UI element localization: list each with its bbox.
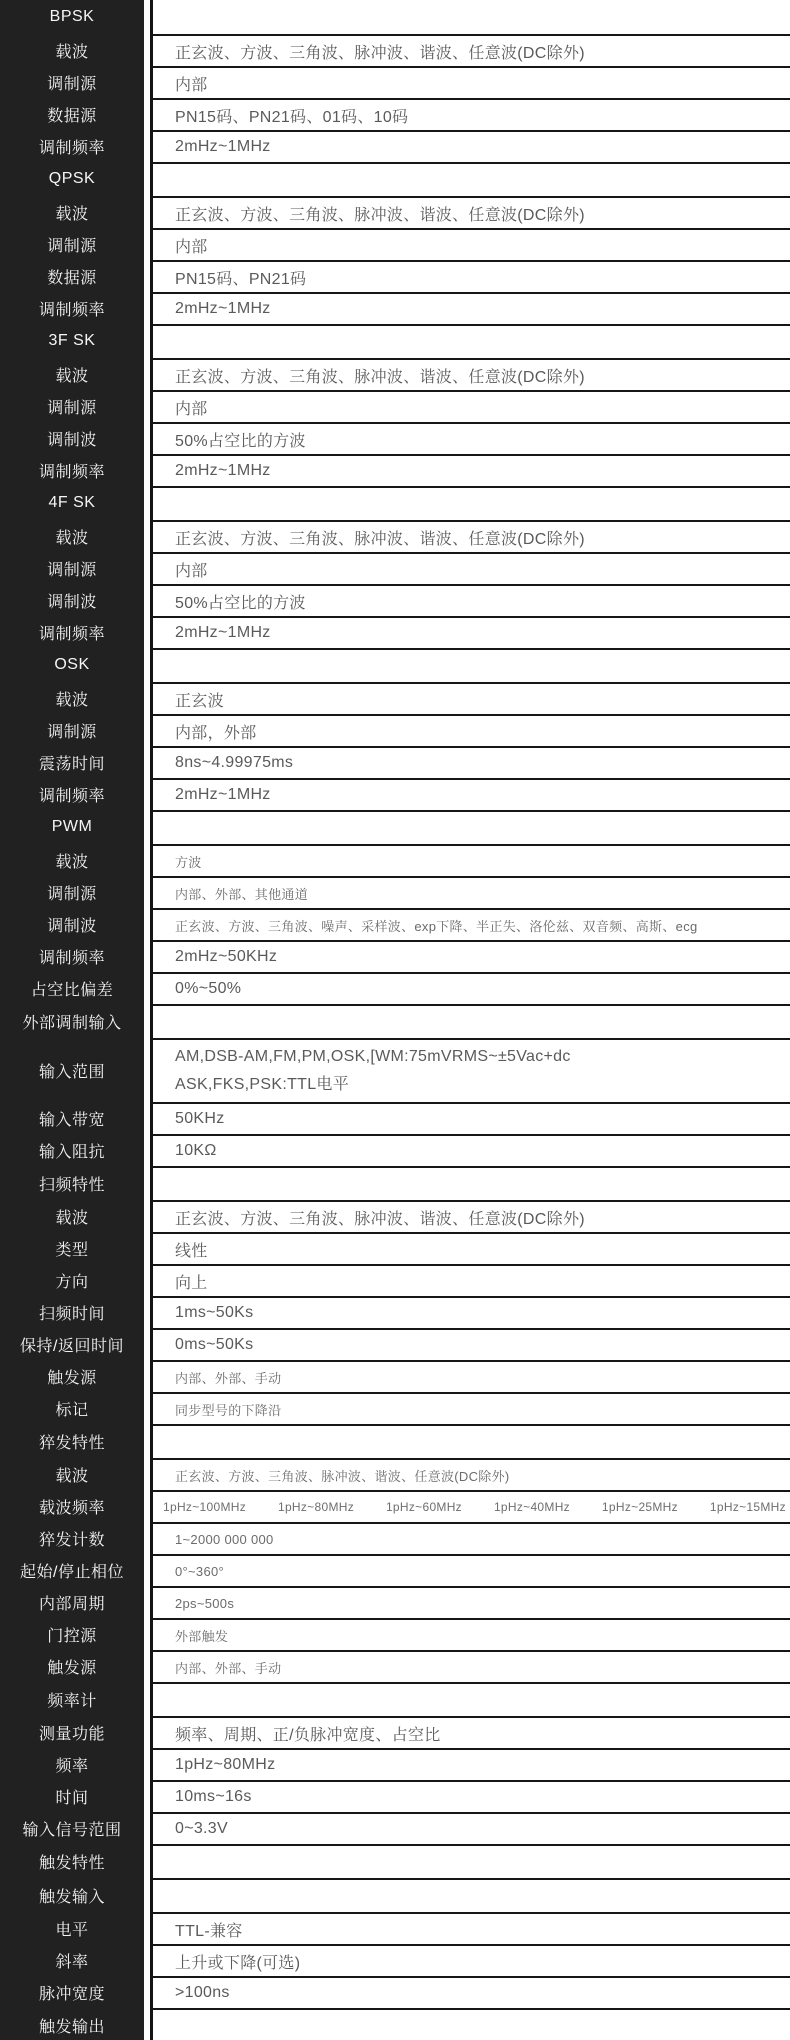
spec-value-row: 门控源 外部触发	[0, 1618, 790, 1650]
spec-value: 2mHz~1MHz	[175, 786, 271, 804]
spec-label-cell: 门控源	[0, 1618, 144, 1650]
spec-value-row: 载波 方波	[0, 844, 790, 876]
spec-label: 触发源	[47, 1655, 97, 1678]
spec-value-row: 载波 正玄波、方波、三角波、脉冲波、谐波、任意波(DC除外)	[0, 358, 790, 390]
spec-label: 猝发计数	[39, 1527, 105, 1550]
spec-multicolumn-value-cell: 1pHz~100MHz1pHz~80MHz1pHz~60MHz1pHz~40MH…	[150, 1490, 790, 1522]
spec-value-cell: 正玄波、方波、三角波、脉冲波、谐波、任意波(DC除外)	[150, 196, 790, 228]
spec-label: 调制源	[47, 719, 97, 742]
spec-label-cell: 载波	[0, 1458, 144, 1490]
spec-label: 载波	[55, 201, 88, 224]
spec-value-row: 调制频率 2mHz~1MHz	[0, 130, 790, 162]
spec-label-cell: 载波频率	[0, 1490, 144, 1522]
spec-label: 载波	[55, 39, 88, 62]
spec-value: 内部	[175, 72, 208, 95]
spec-section-row: OSK	[0, 648, 790, 682]
spec-value: 外部触发	[175, 1626, 228, 1645]
spec-value: 2mHz~1MHz	[175, 300, 271, 318]
spec-value-row: 频率 1pHz~80MHz	[0, 1748, 790, 1780]
spec-value-cell: 2mHz~1MHz	[150, 454, 790, 486]
spec-section-title: 4F SK	[49, 494, 96, 512]
spec-section-content-empty	[150, 1166, 790, 1200]
spec-label-cell: 触发源	[0, 1650, 144, 1682]
spec-value-cell: 外部触发	[150, 1618, 790, 1650]
spec-label-cell: 类型	[0, 1232, 144, 1264]
spec-value-row: 载波 正玄波、方波、三角波、脉冲波、谐波、任意波(DC除外)	[0, 1458, 790, 1490]
spec-label-cell: 调制频率	[0, 292, 144, 324]
spec-label: 数据源	[47, 103, 97, 126]
spec-value-cell: 2mHz~1MHz	[150, 616, 790, 648]
spec-label-cell: 标记	[0, 1392, 144, 1424]
spec-label-cell: 输入信号范围	[0, 1812, 144, 1844]
spec-value-row: 载波 正玄波、方波、三角波、脉冲波、谐波、任意波(DC除外)	[0, 1200, 790, 1232]
spec-value-row: 调制源 内部	[0, 66, 790, 98]
spec-label: 脉冲宽度	[39, 1981, 105, 2004]
spec-value-cell: 正玄波、方波、三角波、脉冲波、谐波、任意波(DC除外)	[150, 34, 790, 66]
spec-label-cell: 载波	[0, 34, 144, 66]
spec-value-cell: 1~2000 000 000	[150, 1522, 790, 1554]
spec-value-row: 内部周期 2ps~500s	[0, 1586, 790, 1618]
spec-label: 载波频率	[39, 1495, 105, 1518]
spec-value-cell: 内部、外部、其他通道	[150, 876, 790, 908]
spec-value-row: 起始/停止相位 0°~360°	[0, 1554, 790, 1586]
spec-label-cell: 数据源	[0, 260, 144, 292]
spec-value-cell: 正玄波、方波、三角波、脉冲波、谐波、任意波(DC除外)	[150, 1458, 790, 1490]
spec-value: 正玄波	[175, 688, 224, 711]
spec-value: 50%占空比的方波	[175, 590, 306, 613]
spec-label: 起始/停止相位	[20, 1559, 124, 1582]
spec-label-cell: 调制源	[0, 876, 144, 908]
spec-label: 门控源	[47, 1623, 97, 1646]
spec-value: 2mHz~1MHz	[175, 462, 271, 480]
spec-value: 2mHz~1MHz	[175, 624, 271, 642]
spec-section-label-cell: QPSK	[0, 162, 144, 196]
spec-value: 向上	[175, 1270, 208, 1293]
spec-value-row: 保持/返回时间 0ms~50Ks	[0, 1328, 790, 1360]
spec-value-cell: 内部	[150, 66, 790, 98]
spec-value-row: 调制频率 2mHz~1MHz	[0, 616, 790, 648]
spec-label: 扫频时间	[39, 1301, 105, 1324]
spec-value: 10ms~16s	[175, 1788, 252, 1806]
spec-section-row: 频率计	[0, 1682, 790, 1716]
spec-value-cell: TTL-兼容	[150, 1912, 790, 1944]
spec-value-row: 载波 正玄波、方波、三角波、脉冲波、谐波、任意波(DC除外)	[0, 196, 790, 228]
spec-value-row: 调制源 内部，外部	[0, 714, 790, 746]
spec-label-cell: 调制源	[0, 390, 144, 422]
spec-value: 正玄波、方波、三角波、噪声、采样波、exp下降、半正失、洛伦兹、双音频、高斯、e…	[175, 916, 698, 935]
spec-label-cell: 载波	[0, 196, 144, 228]
spec-value: 内部、外部、手动	[175, 1368, 281, 1387]
spec-label: 触发源	[47, 1365, 97, 1388]
spec-label-cell: 震荡时间	[0, 746, 144, 778]
spec-value-cell: 正玄波、方波、三角波、噪声、采样波、exp下降、半正失、洛伦兹、双音频、高斯、e…	[150, 908, 790, 940]
spec-value-cell: 频率、周期、正/负脉冲宽度、占空比	[150, 1716, 790, 1748]
spec-value-cell: 向上	[150, 1264, 790, 1296]
spec-value: PN15码、PN21码、01码、10码	[175, 104, 408, 127]
spec-value-cell: 10ms~16s	[150, 1780, 790, 1812]
spec-value: 1pHz~100MHz	[163, 1500, 246, 1514]
spec-label: 调制源	[47, 557, 97, 580]
spec-value-row: 输入带宽 50KHz	[0, 1102, 790, 1134]
spec-value-row: 载波 正玄波、方波、三角波、脉冲波、谐波、任意波(DC除外)	[0, 34, 790, 66]
spec-value-row: 调制波 正玄波、方波、三角波、噪声、采样波、exp下降、半正失、洛伦兹、双音频、…	[0, 908, 790, 940]
spec-value: 50%占空比的方波	[175, 428, 306, 451]
spec-value-cell: 8ns~4.99975ms	[150, 746, 790, 778]
spec-value-row: 扫频时间 1ms~50Ks	[0, 1296, 790, 1328]
spec-value-cell: 1pHz~80MHz	[150, 1748, 790, 1780]
spec-value-cell: 正玄波、方波、三角波、脉冲波、谐波、任意波(DC除外)	[150, 358, 790, 390]
spec-value-cell: 0~3.3V	[150, 1812, 790, 1844]
spec-value-row: 脉冲宽度 >100ns	[0, 1976, 790, 2008]
spec-label-cell: 载波	[0, 358, 144, 390]
spec-label: 调制频率	[39, 135, 105, 158]
spec-value: 内部	[175, 558, 208, 581]
spec-value-row: 斜率 上升或下降(可选)	[0, 1944, 790, 1976]
spec-value-cell: 正玄波、方波、三角波、脉冲波、谐波、任意波(DC除外)	[150, 520, 790, 552]
spec-value-cell: 内部，外部	[150, 714, 790, 746]
spec-label: 调制波	[47, 913, 97, 936]
spec-value: 内部、外部、其他通道	[175, 884, 308, 903]
spec-value-cell: 0ms~50Ks	[150, 1328, 790, 1360]
spec-section-title: 3F SK	[49, 332, 96, 350]
spec-value-row: 输入阻抗 10KΩ	[0, 1134, 790, 1166]
spec-section-content-empty	[150, 810, 790, 844]
spec-label-cell: 调制波	[0, 908, 144, 940]
spec-section-content-empty	[150, 0, 790, 34]
spec-value: 内部	[175, 396, 208, 419]
spec-value: 内部、外部、手动	[175, 1658, 281, 1677]
spec-label-cell: 载波	[0, 682, 144, 714]
spec-table: BPSK 载波 正玄波、方波、三角波、脉冲波、谐波、任意波(DC除外) 调制源 …	[0, 0, 790, 2040]
spec-label-cell: 斜率	[0, 1944, 144, 1976]
spec-value-cell: PN15码、PN21码、01码、10码	[150, 98, 790, 130]
spec-label: 调制频率	[39, 783, 105, 806]
spec-value-row: 猝发计数 1~2000 000 000	[0, 1522, 790, 1554]
spec-value-row: 测量功能 频率、周期、正/负脉冲宽度、占空比	[0, 1716, 790, 1748]
spec-value-row: 数据源 PN15码、PN21码、01码、10码	[0, 98, 790, 130]
spec-value-cell: 内部	[150, 228, 790, 260]
spec-value-row: 调制源 内部	[0, 228, 790, 260]
spec-value: 正玄波、方波、三角波、脉冲波、谐波、任意波(DC除外)	[175, 40, 585, 63]
spec-section-row: BPSK	[0, 0, 790, 34]
spec-value-row: 调制频率 2mHz~1MHz	[0, 778, 790, 810]
spec-value: 1pHz~15MHz	[710, 1500, 786, 1514]
spec-label-cell: 调制频率	[0, 130, 144, 162]
spec-value: 1ms~50Ks	[175, 1304, 253, 1322]
spec-label: 载波	[55, 1463, 88, 1486]
spec-value: 1pHz~40MHz	[494, 1500, 570, 1514]
spec-value: 1pHz~80MHz	[175, 1756, 275, 1774]
spec-section-row: 猝发特性	[0, 1424, 790, 1458]
spec-label: 保持/返回时间	[20, 1333, 124, 1356]
spec-label: 调制频率	[39, 297, 105, 320]
spec-value: 频率、周期、正/负脉冲宽度、占空比	[175, 1722, 441, 1745]
spec-label-cell: 电平	[0, 1912, 144, 1944]
spec-value: 0~3.3V	[175, 1820, 228, 1838]
spec-value-cell: 正玄波	[150, 682, 790, 714]
spec-value-cell: 内部、外部、手动	[150, 1650, 790, 1682]
spec-section-content-empty	[150, 1424, 790, 1458]
spec-section-title: 猝发特性	[39, 1430, 105, 1453]
spec-label-cell: 占空比偏差	[0, 972, 144, 1004]
spec-label-cell: 调制源	[0, 66, 144, 98]
spec-section-title: OSK	[54, 656, 89, 674]
spec-label-cell: 载波	[0, 844, 144, 876]
spec-value-row: 输入信号范围 0~3.3V	[0, 1812, 790, 1844]
spec-section-content-empty	[150, 648, 790, 682]
spec-value-row: 电平 TTL-兼容	[0, 1912, 790, 1944]
spec-label: 载波	[55, 849, 88, 872]
spec-section-label-cell: 4F SK	[0, 486, 144, 520]
spec-value-cell: >100ns	[150, 1976, 790, 2008]
spec-value-cell: 正玄波、方波、三角波、脉冲波、谐波、任意波(DC除外)	[150, 1200, 790, 1232]
spec-label-cell: 脉冲宽度	[0, 1976, 144, 2008]
spec-label-cell: 猝发计数	[0, 1522, 144, 1554]
spec-section-row: 4F SK	[0, 486, 790, 520]
spec-section-row: PWM	[0, 810, 790, 844]
spec-value: 2mHz~50KHz	[175, 948, 277, 966]
spec-section-title: 外部调制输入	[22, 1010, 121, 1033]
spec-section-title: QPSK	[49, 170, 95, 188]
spec-section-row: 外部调制输入	[0, 1004, 790, 1038]
spec-section-label-cell: 猝发特性	[0, 1424, 144, 1458]
spec-section-row: 触发输入	[0, 1878, 790, 1912]
spec-label: 载波	[55, 687, 88, 710]
spec-label-cell: 载波	[0, 520, 144, 552]
spec-value-row: 调制波 50%占空比的方波	[0, 422, 790, 454]
spec-value-cell: 0%~50%	[150, 972, 790, 1004]
spec-value-cell: 同步型号的下降沿	[150, 1392, 790, 1424]
spec-value-cell: 50%占空比的方波	[150, 422, 790, 454]
spec-label: 内部周期	[39, 1591, 105, 1614]
spec-label-cell: 调制源	[0, 552, 144, 584]
spec-value: 0°~360°	[175, 1564, 224, 1579]
spec-value-cell: 0°~360°	[150, 1554, 790, 1586]
spec-value-row: 调制源 内部	[0, 552, 790, 584]
spec-section-title: BPSK	[50, 8, 95, 26]
spec-value-row: 时间 10ms~16s	[0, 1780, 790, 1812]
spec-label-cell: 调制频率	[0, 454, 144, 486]
spec-value: 正玄波、方波、三角波、脉冲波、谐波、任意波(DC除外)	[175, 1466, 510, 1485]
spec-value-row: 震荡时间 8ns~4.99975ms	[0, 746, 790, 778]
spec-section-label-cell: 外部调制输入	[0, 1004, 144, 1038]
spec-value: AM,DSB-AM,FM,PM,OSK,[WM:75mVRMS~±5Vac+dc	[175, 1048, 571, 1066]
spec-section-content-empty	[150, 1878, 790, 1912]
spec-value-row: 载波 正玄波	[0, 682, 790, 714]
spec-value: 内部	[175, 234, 208, 257]
spec-section-label-cell: 触发输出	[0, 2008, 144, 2040]
spec-value-cell: 线性	[150, 1232, 790, 1264]
spec-value-cell: 1ms~50Ks	[150, 1296, 790, 1328]
spec-label: 时间	[55, 1785, 88, 1808]
spec-value-row: 占空比偏差 0%~50%	[0, 972, 790, 1004]
spec-section-row: 触发输出	[0, 2008, 790, 2040]
spec-value: 正玄波、方波、三角波、脉冲波、谐波、任意波(DC除外)	[175, 1206, 585, 1229]
spec-label: 调制频率	[39, 945, 105, 968]
spec-section-content-empty	[150, 1004, 790, 1038]
spec-label-cell: 调制频率	[0, 940, 144, 972]
spec-section-content-empty	[150, 2008, 790, 2040]
spec-value-cell: 内部	[150, 390, 790, 422]
spec-section-title: 触发输出	[39, 2014, 105, 2037]
spec-value-cell: 2mHz~1MHz	[150, 778, 790, 810]
spec-label: 调制源	[47, 71, 97, 94]
spec-multiline-value-cell: AM,DSB-AM,FM,PM,OSK,[WM:75mVRMS~±5Vac+dc…	[150, 1038, 790, 1102]
spec-value: 线性	[175, 1238, 208, 1261]
spec-section-title: 频率计	[47, 1688, 97, 1711]
spec-label: 载波	[55, 1205, 88, 1228]
spec-label-cell: 测量功能	[0, 1716, 144, 1748]
spec-value: 0%~50%	[175, 980, 241, 998]
spec-value-row: 调制源 内部	[0, 390, 790, 422]
spec-label: 输入带宽	[39, 1107, 105, 1130]
spec-label: 震荡时间	[39, 751, 105, 774]
spec-label: 调制波	[47, 427, 97, 450]
spec-section-row: 扫频特性	[0, 1166, 790, 1200]
spec-section-content-empty	[150, 324, 790, 358]
spec-label-cell: 保持/返回时间	[0, 1328, 144, 1360]
spec-value-cell: 方波	[150, 844, 790, 876]
spec-label: 频率	[55, 1753, 88, 1776]
spec-label: 电平	[55, 1917, 88, 1940]
spec-value-cell: 2mHz~1MHz	[150, 292, 790, 324]
spec-value: 方波	[175, 852, 202, 871]
spec-label: 调制频率	[39, 621, 105, 644]
spec-value: 50KHz	[175, 1110, 225, 1128]
spec-value-cell: 10KΩ	[150, 1134, 790, 1166]
spec-value-row: 标记 同步型号的下降沿	[0, 1392, 790, 1424]
spec-section-content-empty	[150, 162, 790, 196]
spec-label-cell: 触发源	[0, 1360, 144, 1392]
spec-label: 调制源	[47, 233, 97, 256]
spec-label: 调制波	[47, 589, 97, 612]
spec-label: 输入信号范围	[22, 1817, 121, 1840]
spec-value-cell: 50KHz	[150, 1102, 790, 1134]
spec-value-row: 调制频率 2mHz~1MHz	[0, 454, 790, 486]
spec-section-content-empty	[150, 1844, 790, 1878]
spec-value-row: 载波 正玄波、方波、三角波、脉冲波、谐波、任意波(DC除外)	[0, 520, 790, 552]
spec-label: 载波	[55, 363, 88, 386]
spec-label: 输入阻抗	[39, 1139, 105, 1162]
spec-section-content-empty	[150, 1682, 790, 1716]
spec-label: 数据源	[47, 265, 97, 288]
spec-section-label-cell: OSK	[0, 648, 144, 682]
spec-value-row: 调制频率 2mHz~1MHz	[0, 292, 790, 324]
spec-section-label-cell: 频率计	[0, 1682, 144, 1716]
spec-section-label-cell: 触发特性	[0, 1844, 144, 1878]
spec-value-cell: 2ps~500s	[150, 1586, 790, 1618]
spec-section-title: 触发特性	[39, 1850, 105, 1873]
spec-value: 10KΩ	[175, 1142, 217, 1160]
spec-value-row: 触发源 内部、外部、手动	[0, 1360, 790, 1392]
spec-label-cell: 方向	[0, 1264, 144, 1296]
spec-section-title: 触发输入	[39, 1884, 105, 1907]
spec-multiline-row: 输入范围 AM,DSB-AM,FM,PM,OSK,[WM:75mVRMS~±5V…	[0, 1038, 790, 1102]
spec-value: 1~2000 000 000	[175, 1532, 274, 1547]
spec-label-cell: 调制波	[0, 584, 144, 616]
spec-value-cell: 2mHz~50KHz	[150, 940, 790, 972]
spec-section-label-cell: 触发输入	[0, 1878, 144, 1912]
spec-label-cell: 载波	[0, 1200, 144, 1232]
spec-section-title: PWM	[52, 818, 93, 836]
spec-label: 调制频率	[39, 459, 105, 482]
spec-value-row: 数据源 PN15码、PN21码	[0, 260, 790, 292]
spec-value: 2mHz~1MHz	[175, 138, 271, 156]
spec-label: 占空比偏差	[31, 977, 114, 1000]
spec-value: 8ns~4.99975ms	[175, 754, 293, 772]
spec-label: 方向	[55, 1269, 88, 1292]
spec-value: 0ms~50Ks	[175, 1336, 253, 1354]
spec-value-row: 调制波 50%占空比的方波	[0, 584, 790, 616]
spec-value-cell: 2mHz~1MHz	[150, 130, 790, 162]
spec-label-cell: 调制频率	[0, 778, 144, 810]
spec-section-row: QPSK	[0, 162, 790, 196]
spec-value-row: 类型 线性	[0, 1232, 790, 1264]
spec-value-cell: PN15码、PN21码	[150, 260, 790, 292]
spec-value-cell: 内部、外部、手动	[150, 1360, 790, 1392]
spec-label: 类型	[55, 1237, 88, 1260]
spec-section-label-cell: BPSK	[0, 0, 144, 34]
spec-label: 载波	[55, 525, 88, 548]
spec-section-label-cell: 扫频特性	[0, 1166, 144, 1200]
spec-label-cell: 输入范围	[0, 1038, 144, 1102]
spec-label-cell: 输入阻抗	[0, 1134, 144, 1166]
spec-label-cell: 调制波	[0, 422, 144, 454]
spec-multicolumn-row: 载波频率 1pHz~100MHz1pHz~80MHz1pHz~60MHz1pHz…	[0, 1490, 790, 1522]
spec-value-row: 调制源 内部、外部、其他通道	[0, 876, 790, 908]
spec-value-row: 触发源 内部、外部、手动	[0, 1650, 790, 1682]
spec-section-label-cell: 3F SK	[0, 324, 144, 358]
spec-value-cell: 50%占空比的方波	[150, 584, 790, 616]
spec-label: 输入范围	[39, 1059, 105, 1082]
spec-value-cell: 上升或下降(可选)	[150, 1944, 790, 1976]
spec-section-title: 扫频特性	[39, 1172, 105, 1195]
spec-label: 测量功能	[39, 1721, 105, 1744]
spec-value: 上升或下降(可选)	[175, 1950, 300, 1973]
spec-value: 正玄波、方波、三角波、脉冲波、谐波、任意波(DC除外)	[175, 364, 585, 387]
spec-label-cell: 调制源	[0, 714, 144, 746]
spec-value-cell: 内部	[150, 552, 790, 584]
spec-value: 正玄波、方波、三角波、脉冲波、谐波、任意波(DC除外)	[175, 526, 585, 549]
spec-value: 2ps~500s	[175, 1596, 234, 1611]
spec-label: 调制源	[47, 395, 97, 418]
spec-value: 1pHz~80MHz	[278, 1500, 354, 1514]
spec-section-row: 触发特性	[0, 1844, 790, 1878]
spec-label: 标记	[55, 1397, 88, 1420]
spec-label-cell: 调制频率	[0, 616, 144, 648]
spec-label-cell: 数据源	[0, 98, 144, 130]
spec-label-cell: 时间	[0, 1780, 144, 1812]
spec-label-cell: 输入带宽	[0, 1102, 144, 1134]
spec-label-cell: 调制源	[0, 228, 144, 260]
spec-value: 1pHz~60MHz	[386, 1500, 462, 1514]
spec-section-label-cell: PWM	[0, 810, 144, 844]
spec-value-row: 方向 向上	[0, 1264, 790, 1296]
spec-value: 1pHz~25MHz	[602, 1500, 678, 1514]
spec-value: ASK,FKS,PSK:TTL电平	[175, 1071, 349, 1094]
spec-label-cell: 起始/停止相位	[0, 1554, 144, 1586]
spec-value: 内部，外部	[175, 720, 257, 743]
spec-label: 调制源	[47, 881, 97, 904]
spec-value: 同步型号的下降沿	[175, 1400, 281, 1419]
spec-label-cell: 内部周期	[0, 1586, 144, 1618]
spec-section-content-empty	[150, 486, 790, 520]
spec-value-row: 调制频率 2mHz~50KHz	[0, 940, 790, 972]
spec-value: >100ns	[175, 1984, 230, 2002]
spec-value: 正玄波、方波、三角波、脉冲波、谐波、任意波(DC除外)	[175, 202, 585, 225]
spec-label-cell: 频率	[0, 1748, 144, 1780]
spec-label: 斜率	[55, 1949, 88, 1972]
